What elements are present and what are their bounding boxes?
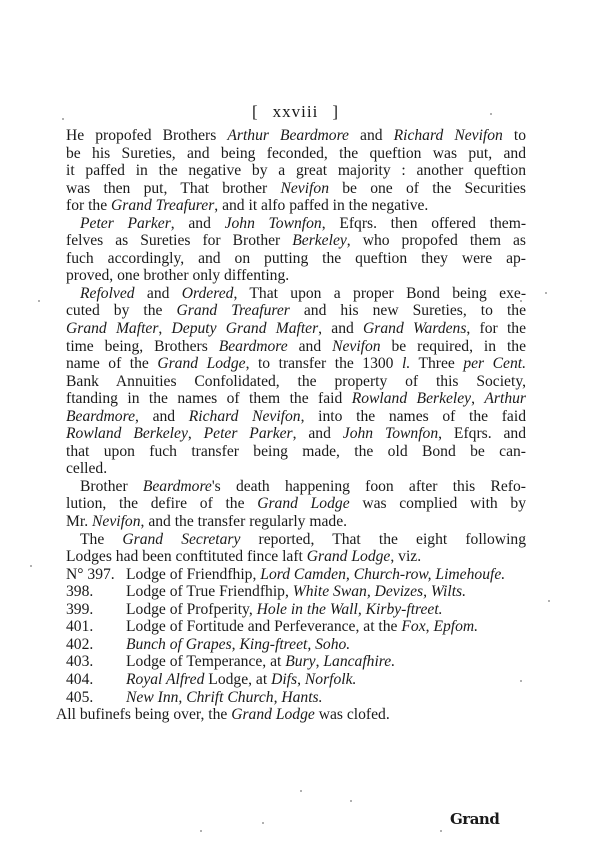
speck [548, 600, 550, 602]
text-line: proved, one brother only diffenting. [66, 267, 526, 285]
speck [350, 800, 352, 802]
lodge-list-item: 398.Lodge of True Friendfhip, White Swan… [66, 583, 526, 601]
lodge-list-item: N° 397.Lodge of Friendfhip, Lord Camden,… [66, 566, 526, 584]
lodge-number: 401. [66, 618, 126, 636]
speck [440, 830, 442, 832]
lodge-number: 402. [66, 636, 126, 654]
text-line: Refolved and Ordered, That upon a proper… [66, 285, 526, 303]
paragraph: Brother Beardmore's death happening foon… [66, 478, 526, 531]
speck [62, 118, 64, 120]
speck [38, 300, 40, 302]
text-line: Peter Parker, and John Townfon, Efqrs. t… [66, 215, 526, 233]
lodge-list-item: 404.Royal Alfred Lodge, at Difs, Norfolk… [66, 671, 526, 689]
speck [545, 292, 547, 294]
speck [520, 680, 522, 682]
text-line: ftanding in the names of them the faid R… [66, 390, 526, 408]
speck [490, 113, 492, 115]
text-line: Brother Beardmore's death happening foon… [66, 478, 526, 496]
text-line: Bank Annuities Confolidated, the propert… [66, 373, 526, 391]
text-line: The Grand Secretary reported, That the e… [66, 531, 526, 549]
text-line: Beardmore, and Richard Nevifon, into the… [66, 408, 526, 426]
lodge-number: N° 397. [66, 566, 126, 584]
speck [200, 830, 202, 832]
lodge-number: 403. [66, 653, 126, 671]
speck [30, 565, 32, 567]
paragraph: Peter Parker, and John Townfon, Efqrs. t… [66, 215, 526, 285]
page-number: xxviii [273, 102, 319, 121]
text-line: lution, the defire of the Grand Lodge wa… [66, 495, 526, 513]
text-line: for the Grand Treafurer, and it alfo paf… [66, 197, 526, 215]
lodge-number: 398. [66, 583, 126, 601]
speck [300, 790, 302, 792]
bracket-open: [ [252, 102, 259, 121]
closing-line: All bufinefs being over, the Grand Lodge… [56, 706, 526, 724]
paragraph: The Grand Secretary reported, That the e… [66, 531, 526, 566]
lodge-number: 399. [66, 601, 126, 619]
lodge-number: 405. [66, 689, 126, 707]
text-line: fuch accordingly, and on putting the que… [66, 250, 526, 268]
lodge-list-item: 405.New Inn, Chrift Church, Hants. [66, 689, 526, 707]
catchword: Grand [450, 810, 499, 828]
text-line: name of the Grand Lodge, to transfer the… [66, 355, 526, 373]
lodge-list: N° 397.Lodge of Friendfhip, Lord Camden,… [66, 566, 526, 706]
text-line: Lodges had been conftituted fince laft G… [66, 548, 526, 566]
text-line: cuted by the Grand Treafurer and his new… [66, 302, 526, 320]
text-line: Mr. Nevifon, and the transfer regularly … [66, 513, 526, 531]
speck [262, 822, 264, 824]
bracket-close: ] [332, 102, 339, 121]
lodge-number: 404. [66, 671, 126, 689]
lodge-list-item: 401.Lodge of Fortitude and Perfeverance,… [66, 618, 526, 636]
paragraph: Refolved and Ordered, That upon a proper… [66, 285, 526, 478]
body-text: He propofed Brothers Arthur Beardmore an… [66, 127, 526, 724]
text-line: Rowland Berkeley, Peter Parker, and John… [66, 425, 526, 443]
paragraph: He propofed Brothers Arthur Beardmore an… [66, 127, 526, 215]
text-line: that upon fuch transfer being made, the … [66, 443, 526, 461]
lodge-list-item: 402.Bunch of Grapes, King-ftreet, Soho. [66, 636, 526, 654]
text-line: He propofed Brothers Arthur Beardmore an… [66, 127, 526, 145]
text-line: Grand Mafter, Deputy Grand Mafter, and G… [66, 320, 526, 338]
text-line: time being, Brothers Beardmore and Nevif… [66, 338, 526, 356]
text-line: was then put, That brother Nevifon be on… [66, 180, 526, 198]
text-line: it paffed in the negative by a great maj… [66, 162, 526, 180]
text-line: celled. [66, 460, 526, 478]
lodge-list-item: 399.Lodge of Profperity, Hole in the Wal… [66, 601, 526, 619]
speck [520, 300, 522, 302]
text-line: felves as Sureties for Brother Berkeley,… [66, 232, 526, 250]
page-header: [xxviii] [0, 102, 591, 122]
text-line: be his Sureties, and being feconded, the… [66, 145, 526, 163]
lodge-list-item: 403.Lodge of Temperance, at Bury, Lancaf… [66, 653, 526, 671]
